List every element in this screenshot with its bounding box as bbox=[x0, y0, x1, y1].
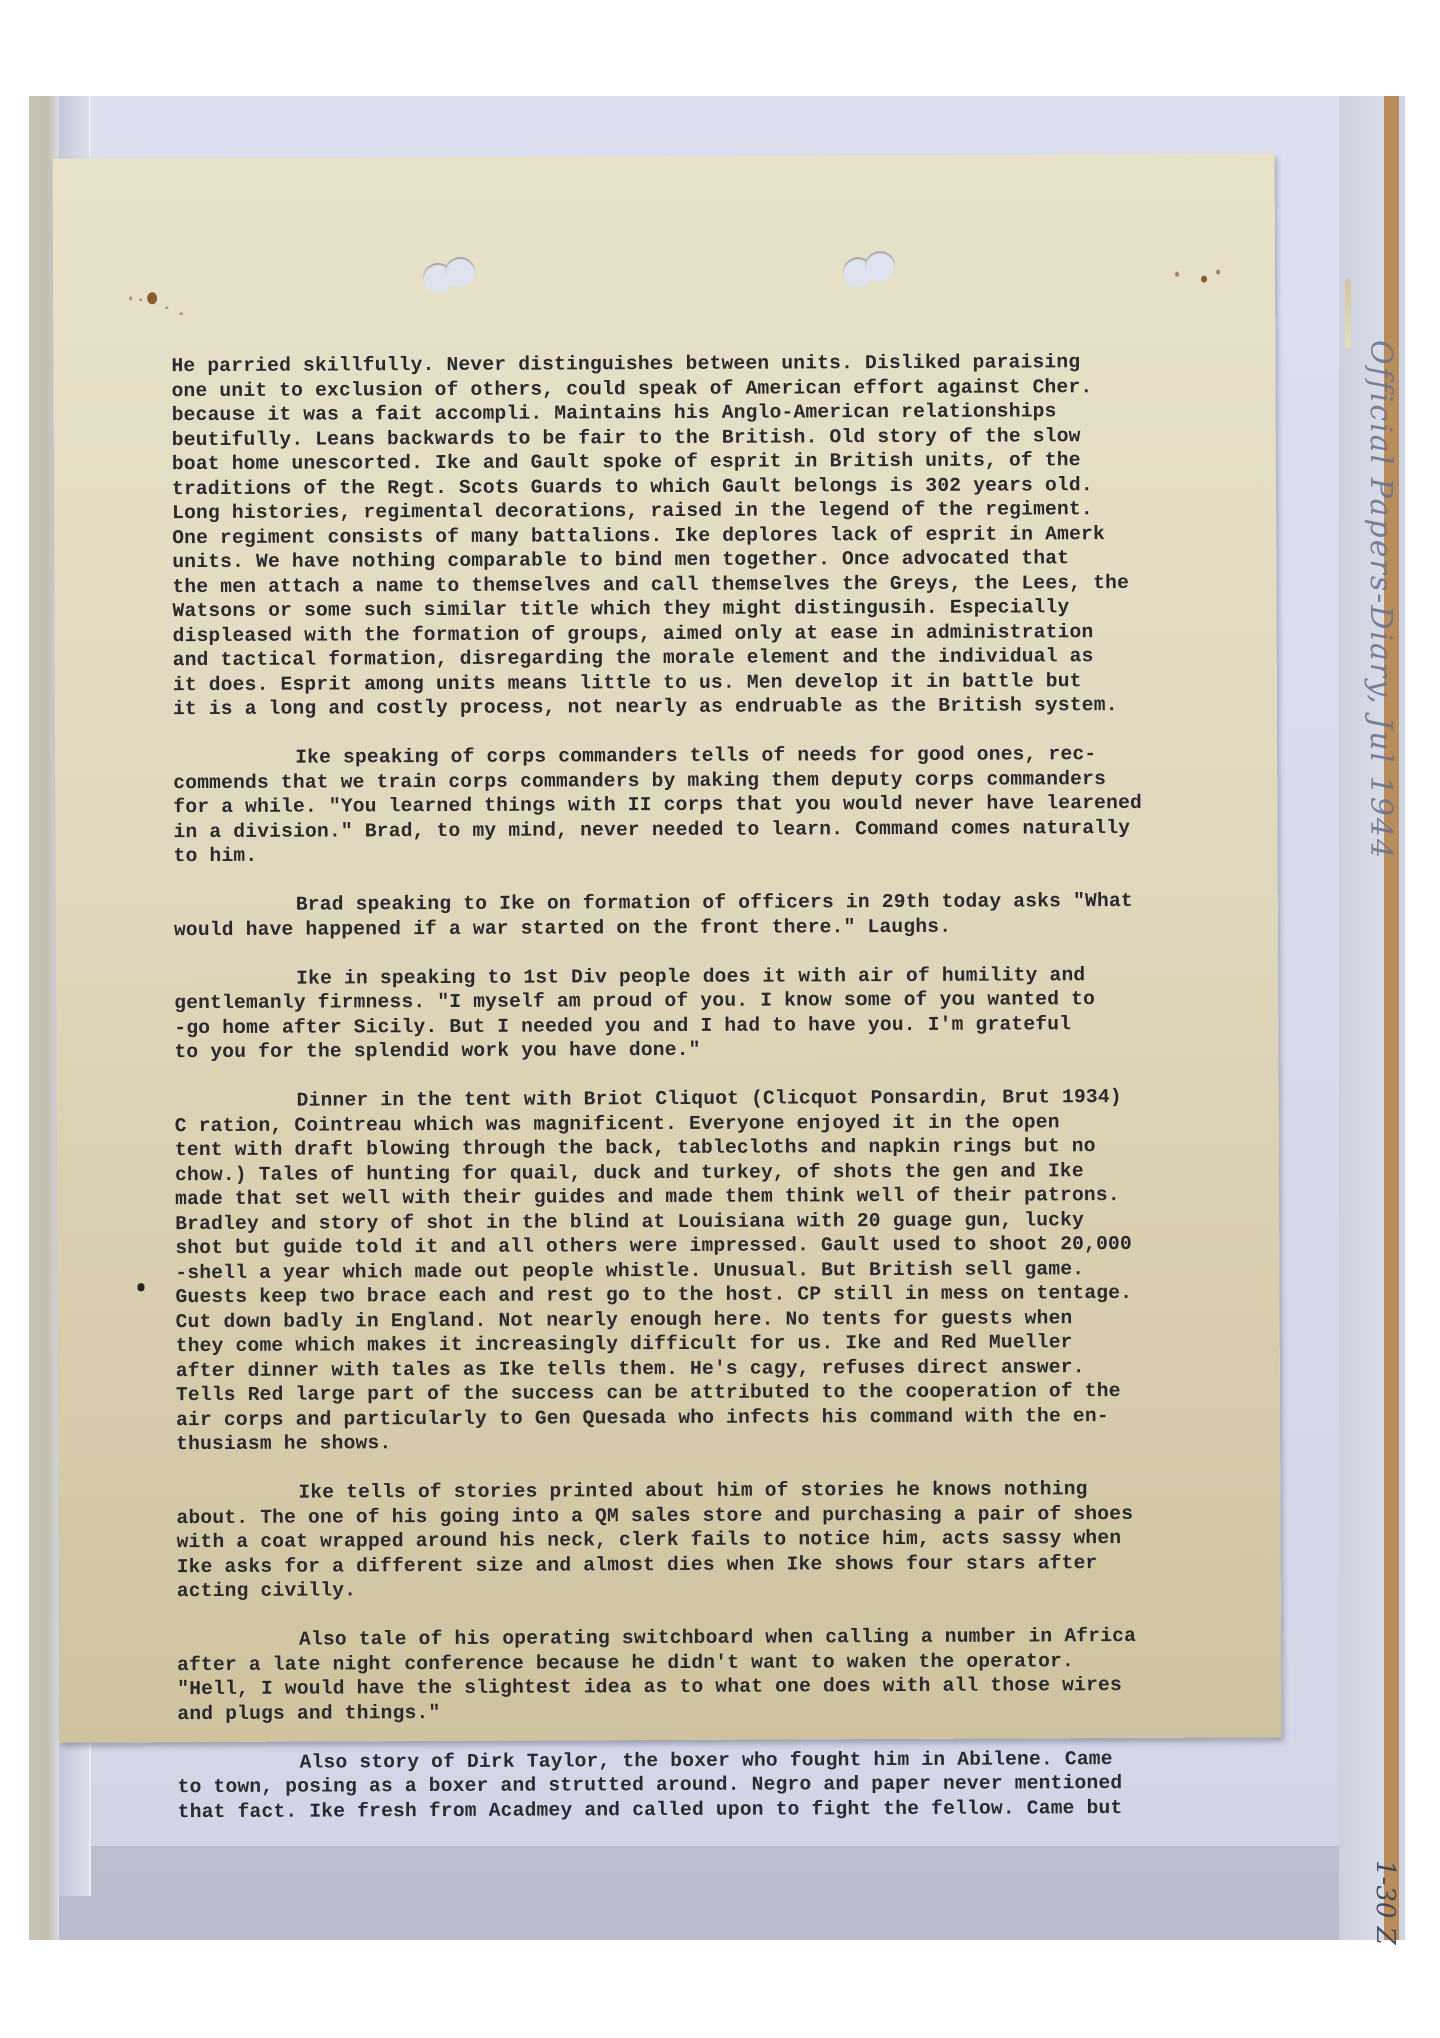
text-line: One regiment consists of many battalions… bbox=[172, 521, 1257, 550]
diary-text: He parried skillfully. Never distinguish… bbox=[171, 349, 1263, 1848]
margin-note-bottom: 1-30 Z bbox=[1370, 1860, 1400, 1945]
text-line: shot but guide told it and all others we… bbox=[175, 1231, 1260, 1260]
paragraph-brad-29th: Brad speaking to Ike on formation of off… bbox=[174, 888, 1259, 942]
rust-stain-icon bbox=[179, 312, 183, 315]
text-line: air corps and particularly to Gen Quesad… bbox=[176, 1403, 1261, 1432]
text-line: it is a long and costly process, not nea… bbox=[173, 692, 1258, 721]
paragraph-1st-div: Ike in speaking to 1st Div people does i… bbox=[174, 962, 1259, 1065]
text-line: made that set well with their guides and… bbox=[175, 1182, 1260, 1211]
rust-stain-icon bbox=[129, 296, 132, 300]
text-line: in a division." Brad, to my mind, never … bbox=[173, 815, 1258, 844]
folder-tab-strip bbox=[1399, 96, 1405, 1940]
punch-hole-icon bbox=[843, 247, 899, 287]
paragraph-esprit: He parried skillfully. Never distinguish… bbox=[171, 349, 1258, 721]
rust-stain-icon bbox=[1175, 272, 1179, 277]
paragraph-stories: Ike tells of stories printed about him o… bbox=[176, 1476, 1262, 1603]
paragraph-corps-commanders: Ike speaking of corps commanders tells o… bbox=[173, 741, 1259, 868]
text-line: Brad speaking to Ike on formation of off… bbox=[174, 888, 1259, 917]
text-line: Also tale of his operating switchboard w… bbox=[177, 1623, 1262, 1652]
text-line: thusiasm he shows. bbox=[176, 1427, 1261, 1456]
text-line: Dinner in the tent with Briot Cliquot (C… bbox=[175, 1084, 1260, 1113]
paper-sliver bbox=[1345, 279, 1351, 349]
text-line: acting civilly. bbox=[177, 1574, 1262, 1603]
rust-stain-icon bbox=[165, 306, 168, 309]
text-line: with a coat wrapped around his neck, cle… bbox=[177, 1525, 1262, 1554]
text-line: would have happened if a war started on … bbox=[174, 913, 1259, 942]
text-line: Guests keep two brace each and rest go t… bbox=[175, 1280, 1260, 1309]
rust-stain-icon bbox=[147, 292, 157, 304]
typewritten-page: He parried skillfully. Never distinguish… bbox=[53, 153, 1282, 1742]
text-line: to you for the splendid work you have do… bbox=[174, 1035, 1259, 1064]
punch-hole-icon bbox=[423, 253, 479, 293]
rust-stain-icon bbox=[1201, 276, 1207, 283]
text-line: the men attach a name to themselves and … bbox=[172, 570, 1257, 599]
text-line: that fact. Ike fresh from Acadmey and ca… bbox=[178, 1795, 1263, 1824]
text-line: and plugs and things." bbox=[177, 1697, 1262, 1726]
ink-mark-icon bbox=[137, 1283, 144, 1291]
text-line: to him. bbox=[174, 839, 1259, 868]
paragraph-switchboard: Also tale of his operating switchboard w… bbox=[177, 1623, 1262, 1726]
paragraph-dirk-taylor: Also story of Dirk Taylor, the boxer who… bbox=[177, 1746, 1262, 1824]
text-line: "Hell, I would have the slightest idea a… bbox=[177, 1672, 1262, 1701]
paragraph-dinner: Dinner in the tent with Briot Cliquot (C… bbox=[175, 1084, 1262, 1456]
rust-stain-icon bbox=[1216, 270, 1220, 275]
margin-note-right: Official Papers-Diary, Jul 1944 bbox=[1363, 340, 1398, 860]
rust-stain-icon bbox=[139, 298, 142, 301]
